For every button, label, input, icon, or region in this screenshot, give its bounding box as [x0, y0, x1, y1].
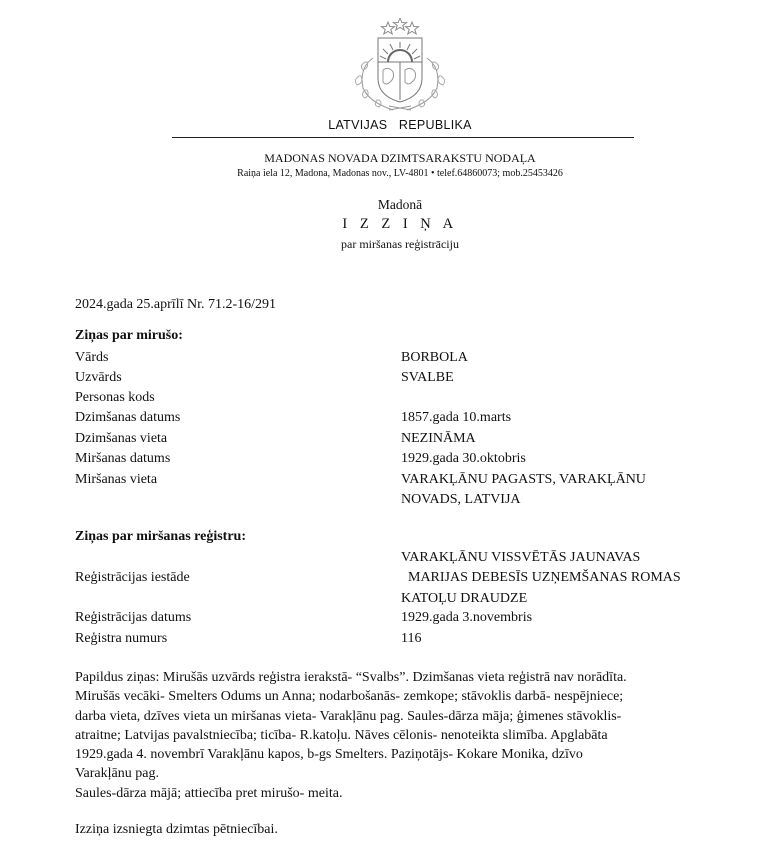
additional-info-line: Mirušās vecāki- Smelters Odums un Anna; …: [75, 687, 755, 706]
document-title: I Z Z I Ņ A: [0, 216, 764, 233]
value-birth-place: NEZINĀMA: [401, 429, 741, 449]
latvia-coat-of-arms-icon: [343, 18, 457, 114]
additional-info-line: Saules-dārza mājā; attiecība pret mirušo…: [75, 784, 755, 803]
department-name: MADONAS NOVADA DZIMTSARAKSTU NODAĻA: [0, 151, 764, 166]
document-subtitle: par miršanas reģistrāciju: [0, 237, 764, 252]
institution-line: MARIJAS DEBESĪS UZŅEMŠANAS ROMAS: [401, 568, 761, 588]
registry-heading: Ziņas par miršanas reģistru:: [75, 529, 246, 545]
value-death-date: 1929.gada 30.oktobris: [401, 449, 741, 469]
department-address: Raiņa iela 12, Madona, Madonas nov., LV-…: [0, 168, 764, 179]
value-first-name: BORBOLA: [401, 348, 741, 368]
label-registration-date: Reģistrācijas datums: [75, 608, 191, 628]
institution-line: VARAKĻĀNU VISSVĒTĀS JAUNAVAS: [401, 548, 761, 568]
label-registration-institution: Reģistrācijas iestāde: [75, 568, 190, 588]
value-death-place-line: VARAKĻĀNU PAGASTS, VARAKĻĀNU: [401, 470, 741, 490]
country-name: LATVIJAS REPUBLIKA: [0, 118, 764, 132]
additional-info-line: darba vieta, dzīves vieta un miršanas vi…: [75, 707, 755, 726]
label-death-place: Miršanas vieta: [75, 470, 157, 490]
value-registry-number: 116: [401, 629, 741, 649]
value-death-place: VARAKĻĀNU PAGASTS, VARAKĻĀNU NOVADS, LAT…: [401, 470, 741, 511]
value-death-place-line: NOVADS, LATVIJA: [401, 490, 741, 510]
value-registration-date: 1929.gada 3.novembris: [401, 608, 741, 628]
label-death-date: Miršanas datums: [75, 449, 170, 469]
deceased-heading: Ziņas par mirušo:: [75, 328, 183, 344]
label-first-name: Vārds: [75, 348, 108, 368]
additional-info: Papildus ziņas: Mirušās uzvārds reģistra…: [75, 668, 755, 803]
value-surname: SVALBE: [401, 368, 741, 388]
issue-city: Madonā: [0, 197, 764, 213]
document-dateline: 2024.gada 25.aprīlī Nr. 71.2-16/291: [75, 297, 276, 313]
closing-statement: Izziņa izsniegta dzimtas pētniecībai.: [75, 822, 278, 838]
value-birth-date: 1857.gada 10.marts: [401, 408, 741, 428]
header-divider: [172, 137, 634, 138]
label-birth-place: Dzimšanas vieta: [75, 429, 167, 449]
additional-info-line: 1929.gada 4. novembrī Varakļānu kapos, b…: [75, 745, 755, 764]
label-surname: Uzvārds: [75, 368, 122, 388]
value-registration-institution: VARAKĻĀNU VISSVĒTĀS JAUNAVAS MARIJAS DEB…: [401, 548, 761, 609]
additional-info-line: Varakļānu pag.: [75, 764, 755, 783]
additional-info-line: atraitne; Latvijas pavalstniecība; ticīb…: [75, 726, 755, 745]
label-birth-date: Dzimšanas datums: [75, 408, 180, 428]
institution-line: KATOĻU DRAUDZE: [401, 589, 761, 609]
label-personal-code: Personas kods: [75, 388, 155, 408]
label-registry-number: Reģistra numurs: [75, 629, 167, 649]
additional-info-line: Papildus ziņas: Mirušās uzvārds reģistra…: [75, 668, 755, 687]
